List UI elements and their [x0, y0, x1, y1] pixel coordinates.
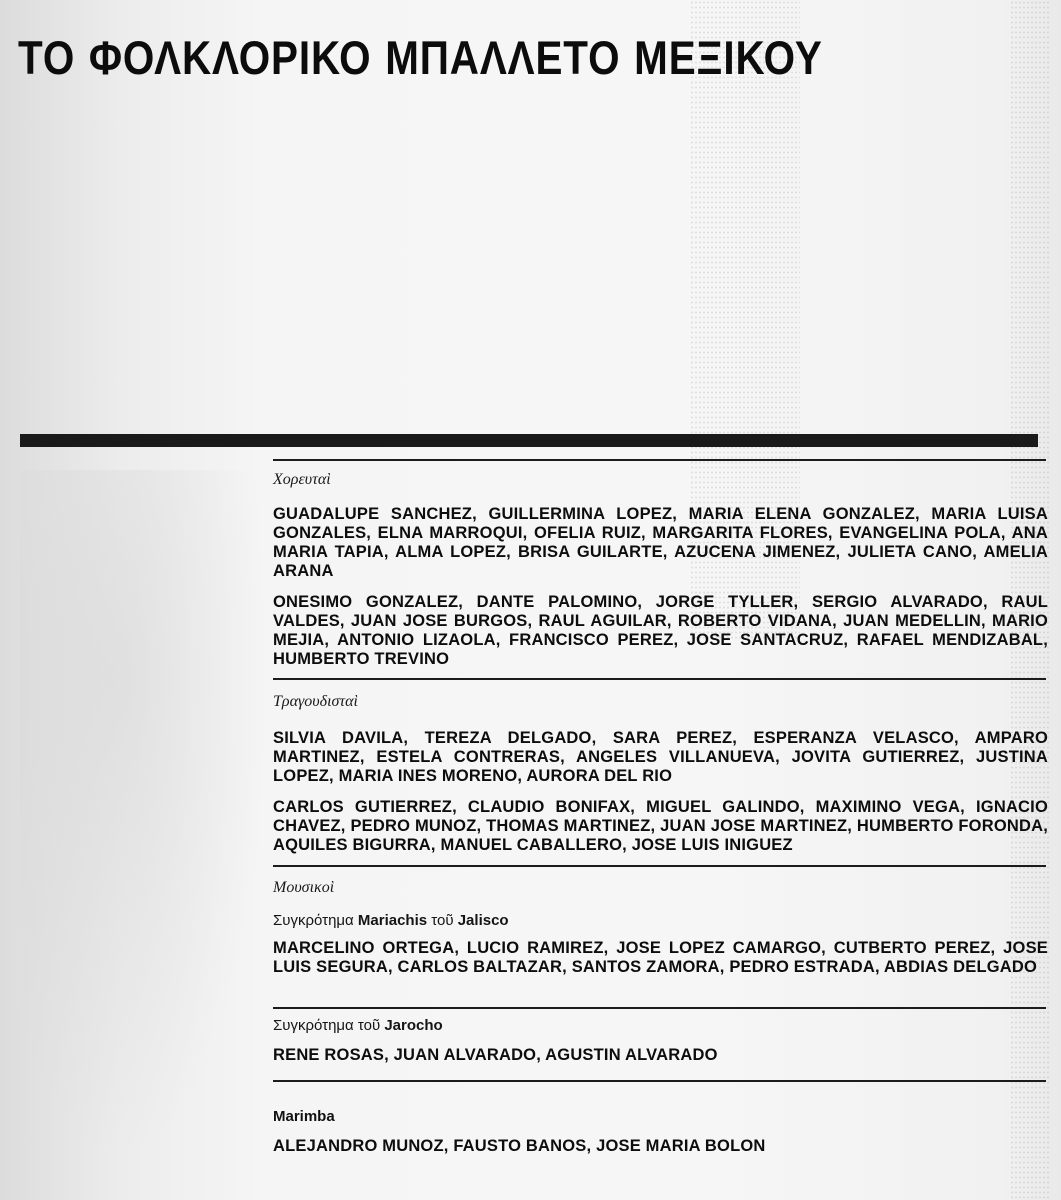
section-label-singers: Τραγουδισταὶ — [273, 693, 358, 711]
section-label-dancers: Χορευταὶ — [273, 471, 331, 489]
dancers-men-list: ONESIMO GONZALEZ, DANTE PALOMINO, JORGE … — [273, 593, 1048, 669]
singers-women-list: SILVIA DAVILA, TEREZA DELGADO, SARA PERE… — [273, 729, 1048, 786]
divider — [273, 1007, 1046, 1009]
divider — [273, 865, 1046, 867]
title-word: ΤΟ — [18, 31, 75, 84]
marimba-group-label: Marimba — [273, 1108, 335, 1125]
title-word: ΜΠΑΛΛΕΤΟ — [385, 31, 620, 84]
faded-background-photo — [20, 470, 270, 1160]
page-title: ΤΟΦΟΛΚΛΟΡΙΚΟΜΠΑΛΛΕΤΟΜΕΞΙΚΟΥ — [18, 30, 836, 85]
divider — [273, 1080, 1046, 1082]
divider — [273, 459, 1046, 461]
marimba-members-list: ALEJANDRO MUNOZ, FAUSTO BANOS, JOSE MARI… — [273, 1137, 1048, 1156]
jarocho-members-list: RENE ROSAS, JUAN ALVARADO, AGUSTIN ALVAR… — [273, 1046, 1048, 1065]
title-word: ΜΕΞΙΚΟΥ — [634, 31, 823, 84]
singers-men-list: CARLOS GUTIERREZ, CLAUDIO BONIFAX, MIGUE… — [273, 798, 1048, 855]
section-label-musicians: Μουσικοὶ — [273, 879, 334, 897]
mariachis-group-label: Συγκρότημα Mariachis τοῦ Jalisco — [273, 912, 509, 929]
title-word: ΦΟΛΚΛΟΡΙΚΟ — [89, 31, 372, 84]
jarocho-group-label: Συγκρότημα τοῦ Jarocho — [273, 1017, 443, 1034]
mariachis-members-list: MARCELINO ORTEGA, LUCIO RAMIREZ, JOSE LO… — [273, 939, 1048, 977]
dancers-women-list: GUADALUPE SANCHEZ, GUILLERMINA LOPEZ, MA… — [273, 505, 1048, 581]
divider — [273, 678, 1046, 680]
heavy-divider — [20, 434, 1038, 447]
